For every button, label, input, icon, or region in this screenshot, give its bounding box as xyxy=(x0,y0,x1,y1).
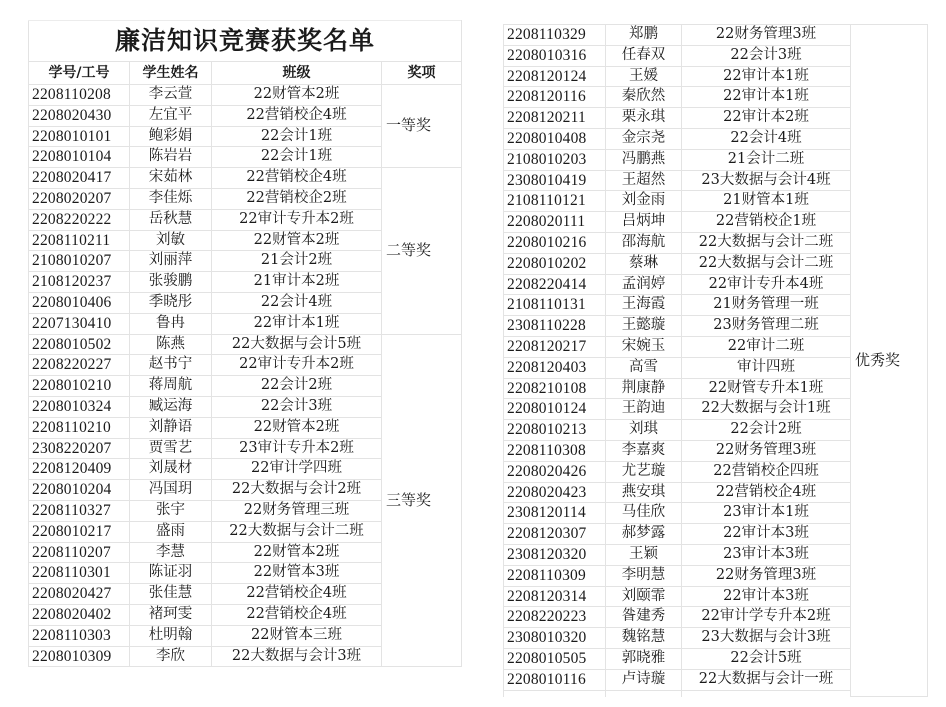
student-id: 2208010101 xyxy=(29,126,130,147)
student-id: 2208010502 xyxy=(29,334,130,355)
class-name: 22财务管理三班 xyxy=(212,500,382,521)
student-name: 李佳烁 xyxy=(130,188,212,209)
class-name: 22会计4班 xyxy=(682,128,851,149)
student-name: 邵海航 xyxy=(606,232,682,253)
class-name: 22审计学专升本2班 xyxy=(682,607,851,628)
table-header-row: 学号/工号 学生姓名 班级 奖项 xyxy=(29,62,462,85)
student-name: 蔡琳 xyxy=(606,253,682,274)
class-name: 22审计本1班 xyxy=(682,66,851,87)
student-id: 2208020427 xyxy=(29,584,130,605)
class-name: 22财务管理3班 xyxy=(682,440,851,461)
student-name: 王颖 xyxy=(606,544,682,565)
student-id: 2208110207 xyxy=(29,542,130,563)
student-id: 2108110131 xyxy=(504,295,606,316)
student-id: 2208110329 xyxy=(504,25,606,46)
student-name: 刘琪 xyxy=(606,420,682,441)
class-name: 23大数据与会计3班 xyxy=(682,628,851,649)
student-name: 陈燕 xyxy=(130,334,212,355)
award-level: 优秀奖 xyxy=(851,25,928,697)
class-name: 22会计1班 xyxy=(212,147,382,168)
class-name: 22财务管理3班 xyxy=(682,25,851,46)
class-name: 22审计学四班 xyxy=(212,459,382,480)
class-name: 22审计专升本2班 xyxy=(212,355,382,376)
class-name: 22大数据与会计二班 xyxy=(682,232,851,253)
student-id: 2208120124 xyxy=(504,66,606,87)
student-name: 荆康静 xyxy=(606,378,682,399)
student-id: 2208010406 xyxy=(29,292,130,313)
class-name: 22审计本1班 xyxy=(682,87,851,108)
class-name: 22营销校企4班 xyxy=(682,482,851,503)
student-id: 2308220207 xyxy=(29,438,130,459)
student-id: 2208220222 xyxy=(29,209,130,230)
student-name: 宋茹林 xyxy=(130,168,212,189)
class-name: 22会计2班 xyxy=(212,376,382,397)
student-id: 2208010309 xyxy=(29,646,130,667)
student-id: 2208010210 xyxy=(29,376,130,397)
award-list-table-left: 廉洁知识竞赛获奖名单 学号/工号 学生姓名 班级 奖项 2208110208李云… xyxy=(28,20,462,667)
student-id: 2108120237 xyxy=(29,272,130,293)
student-name: 王媛 xyxy=(606,66,682,87)
table-row: 2208110208李云萱22财管本2班一等奖 xyxy=(29,85,462,106)
student-id: 2108110121 xyxy=(504,191,606,212)
class-name: 22会计4班 xyxy=(212,292,382,313)
student-name: 赵书宁 xyxy=(130,355,212,376)
student-id: 2208110303 xyxy=(29,625,130,646)
class-name: 22营销校企4班 xyxy=(212,584,382,605)
student-name: 刘敏 xyxy=(130,230,212,251)
empty-cell xyxy=(682,690,851,697)
header-award: 奖项 xyxy=(382,62,462,85)
class-name: 22营销校企4班 xyxy=(212,105,382,126)
student-id: 2308110228 xyxy=(504,316,606,337)
class-name: 22财管本2班 xyxy=(212,230,382,251)
student-name: 昝建秀 xyxy=(606,607,682,628)
student-name: 岳秋慧 xyxy=(130,209,212,230)
student-name: 贾雪艺 xyxy=(130,438,212,459)
student-name: 宋婉玉 xyxy=(606,336,682,357)
student-id: 2208120217 xyxy=(504,336,606,357)
class-name: 22大数据与会计一班 xyxy=(682,669,851,690)
student-id: 2208120116 xyxy=(504,87,606,108)
student-id: 2208020417 xyxy=(29,168,130,189)
student-id: 2308120114 xyxy=(504,503,606,524)
student-name: 杜明翰 xyxy=(130,625,212,646)
student-name: 李欣 xyxy=(130,646,212,667)
student-name: 刘晟材 xyxy=(130,459,212,480)
student-name: 李慧 xyxy=(130,542,212,563)
award-level: 三等奖 xyxy=(382,334,462,667)
student-name: 魏铭慧 xyxy=(606,628,682,649)
student-id: 2208010213 xyxy=(504,420,606,441)
table-row: 2208020417宋茹林22营销校企4班二等奖 xyxy=(29,168,462,189)
class-name: 21审计本2班 xyxy=(212,272,382,293)
class-name: 21财管本1班 xyxy=(682,191,851,212)
student-name: 秦欣然 xyxy=(606,87,682,108)
student-id: 2208010124 xyxy=(504,399,606,420)
student-id: 2208010408 xyxy=(504,128,606,149)
header-name: 学生姓名 xyxy=(130,62,212,85)
empty-cell xyxy=(606,690,682,697)
student-id: 2208010202 xyxy=(504,253,606,274)
student-name: 金宗尧 xyxy=(606,128,682,149)
class-name: 23财务管理二班 xyxy=(682,316,851,337)
student-id: 2208220227 xyxy=(29,355,130,376)
class-name: 22审计本3班 xyxy=(682,524,851,545)
class-name: 22会计1班 xyxy=(212,126,382,147)
class-name: 22大数据与会计二班 xyxy=(682,253,851,274)
class-name: 23审计专升本2班 xyxy=(212,438,382,459)
student-name: 刘金雨 xyxy=(606,191,682,212)
class-name: 21会计二班 xyxy=(682,149,851,170)
student-id: 2208110211 xyxy=(29,230,130,251)
student-name: 郝梦露 xyxy=(606,524,682,545)
class-name: 22审计专升本2班 xyxy=(212,209,382,230)
class-name: 22财管专升本1班 xyxy=(682,378,851,399)
student-name: 郭晓雅 xyxy=(606,648,682,669)
class-name: 22营销校企四班 xyxy=(682,461,851,482)
student-name: 高雪 xyxy=(606,357,682,378)
student-name: 刘丽萍 xyxy=(130,251,212,272)
student-name: 褚珂雯 xyxy=(130,604,212,625)
class-name: 22会计3班 xyxy=(682,45,851,66)
student-id: 2208010324 xyxy=(29,396,130,417)
student-id: 2208020111 xyxy=(504,212,606,233)
class-name: 22大数据与会计1班 xyxy=(682,399,851,420)
student-id: 2208110309 xyxy=(504,565,606,586)
student-id: 2208110210 xyxy=(29,417,130,438)
student-id: 2208120211 xyxy=(504,108,606,129)
header-id: 学号/工号 xyxy=(29,62,130,85)
class-name: 22大数据与会计二班 xyxy=(212,521,382,542)
student-name: 王海霞 xyxy=(606,295,682,316)
student-name: 李云萱 xyxy=(130,85,212,106)
table-row: 2208110329郑鹏22财务管理3班优秀奖 xyxy=(504,25,928,46)
student-name: 刘颐霏 xyxy=(606,586,682,607)
student-name: 季晓彤 xyxy=(130,292,212,313)
student-name: 盛雨 xyxy=(130,521,212,542)
student-name: 吕炳坤 xyxy=(606,212,682,233)
class-name: 22审计专升本4班 xyxy=(682,274,851,295)
student-name: 陈岩岩 xyxy=(130,147,212,168)
student-id: 2208020402 xyxy=(29,604,130,625)
class-name: 22营销校企2班 xyxy=(212,188,382,209)
student-id: 2208120314 xyxy=(504,586,606,607)
class-name: 审计四班 xyxy=(682,357,851,378)
student-id: 2208220414 xyxy=(504,274,606,295)
student-name: 臧运海 xyxy=(130,396,212,417)
student-name: 李明慧 xyxy=(606,565,682,586)
student-name: 张佳慧 xyxy=(130,584,212,605)
class-name: 23审计本3班 xyxy=(682,544,851,565)
class-name: 22会计3班 xyxy=(212,396,382,417)
student-id: 2208220223 xyxy=(504,607,606,628)
student-name: 王懿璇 xyxy=(606,316,682,337)
student-id: 2208010104 xyxy=(29,147,130,168)
student-name: 王超然 xyxy=(606,170,682,191)
class-name: 22大数据与会计5班 xyxy=(212,334,382,355)
class-name: 22财管本2班 xyxy=(212,85,382,106)
table-row: 2208010502陈燕22大数据与会计5班三等奖 xyxy=(29,334,462,355)
student-id: 2208010316 xyxy=(504,45,606,66)
student-id: 2208010116 xyxy=(504,669,606,690)
student-name: 郑鹏 xyxy=(606,25,682,46)
student-id: 2208110327 xyxy=(29,500,130,521)
left-table-body: 2208110208李云萱22财管本2班一等奖2208020430左宜平22营销… xyxy=(29,85,462,667)
student-id: 2208020207 xyxy=(29,188,130,209)
header-class: 班级 xyxy=(212,62,382,85)
student-name: 李嘉爽 xyxy=(606,440,682,461)
student-id: 2207130410 xyxy=(29,313,130,334)
right-table-body: 2208110329郑鹏22财务管理3班优秀奖2208010316任春双22会计… xyxy=(504,25,928,697)
student-id: 2208020423 xyxy=(504,482,606,503)
class-name: 22审计本3班 xyxy=(682,586,851,607)
student-id: 2208120307 xyxy=(504,524,606,545)
class-name: 22审计本1班 xyxy=(212,313,382,334)
empty-cell xyxy=(504,690,606,697)
student-name: 王韵迪 xyxy=(606,399,682,420)
student-name: 孟润婷 xyxy=(606,274,682,295)
student-name: 张宇 xyxy=(130,500,212,521)
class-name: 22财管本2班 xyxy=(212,417,382,438)
award-level: 二等奖 xyxy=(382,168,462,334)
class-name: 22营销校企4班 xyxy=(212,168,382,189)
student-id: 2308010320 xyxy=(504,628,606,649)
student-name: 陈证羽 xyxy=(130,563,212,584)
award-list-table-right: 2208110329郑鹏22财务管理3班优秀奖2208010316任春双22会计… xyxy=(503,24,928,697)
class-name: 23大数据与会计4班 xyxy=(682,170,851,191)
student-name: 冯国玥 xyxy=(130,480,212,501)
student-name: 左宜平 xyxy=(130,105,212,126)
student-name: 冯鹏燕 xyxy=(606,149,682,170)
class-name: 22会计5班 xyxy=(682,648,851,669)
class-name: 22会计2班 xyxy=(682,420,851,441)
student-id: 2208020426 xyxy=(504,461,606,482)
student-name: 蒋周航 xyxy=(130,376,212,397)
student-id: 2308010419 xyxy=(504,170,606,191)
student-id: 2208210108 xyxy=(504,378,606,399)
student-id: 2208110308 xyxy=(504,440,606,461)
student-name: 鲁冉 xyxy=(130,313,212,334)
student-name: 尤艺璇 xyxy=(606,461,682,482)
class-name: 22财管本3班 xyxy=(212,563,382,584)
document-title: 廉洁知识竞赛获奖名单 xyxy=(29,21,462,62)
class-name: 22财务管理3班 xyxy=(682,565,851,586)
student-id: 2108010207 xyxy=(29,251,130,272)
student-id: 2208010216 xyxy=(504,232,606,253)
student-name: 栗永琪 xyxy=(606,108,682,129)
student-id: 2208120409 xyxy=(29,459,130,480)
class-name: 22财管本2班 xyxy=(212,542,382,563)
student-name: 卢诗璇 xyxy=(606,669,682,690)
student-name: 马佳欣 xyxy=(606,503,682,524)
student-name: 张骏鹏 xyxy=(130,272,212,293)
class-name: 22大数据与会计2班 xyxy=(212,480,382,501)
class-name: 22审计二班 xyxy=(682,336,851,357)
student-id: 2208010217 xyxy=(29,521,130,542)
student-id: 2208010505 xyxy=(504,648,606,669)
class-name: 22大数据与会计3班 xyxy=(212,646,382,667)
student-name: 鲍彩娟 xyxy=(130,126,212,147)
student-id: 2208110301 xyxy=(29,563,130,584)
class-name: 23审计本1班 xyxy=(682,503,851,524)
class-name: 22审计本2班 xyxy=(682,108,851,129)
student-name: 刘静语 xyxy=(130,417,212,438)
class-name: 22营销校企1班 xyxy=(682,212,851,233)
student-id: 2208010204 xyxy=(29,480,130,501)
student-name: 任春双 xyxy=(606,45,682,66)
award-level: 一等奖 xyxy=(382,85,462,168)
student-name: 燕安琪 xyxy=(606,482,682,503)
student-id: 2208110208 xyxy=(29,85,130,106)
class-name: 22财管本三班 xyxy=(212,625,382,646)
class-name: 21财务管理一班 xyxy=(682,295,851,316)
student-id: 2308120320 xyxy=(504,544,606,565)
student-id: 2108010203 xyxy=(504,149,606,170)
student-id: 2208120403 xyxy=(504,357,606,378)
student-id: 2208020430 xyxy=(29,105,130,126)
class-name: 22营销校企4班 xyxy=(212,604,382,625)
class-name: 21会计2班 xyxy=(212,251,382,272)
page-gap xyxy=(461,0,503,707)
